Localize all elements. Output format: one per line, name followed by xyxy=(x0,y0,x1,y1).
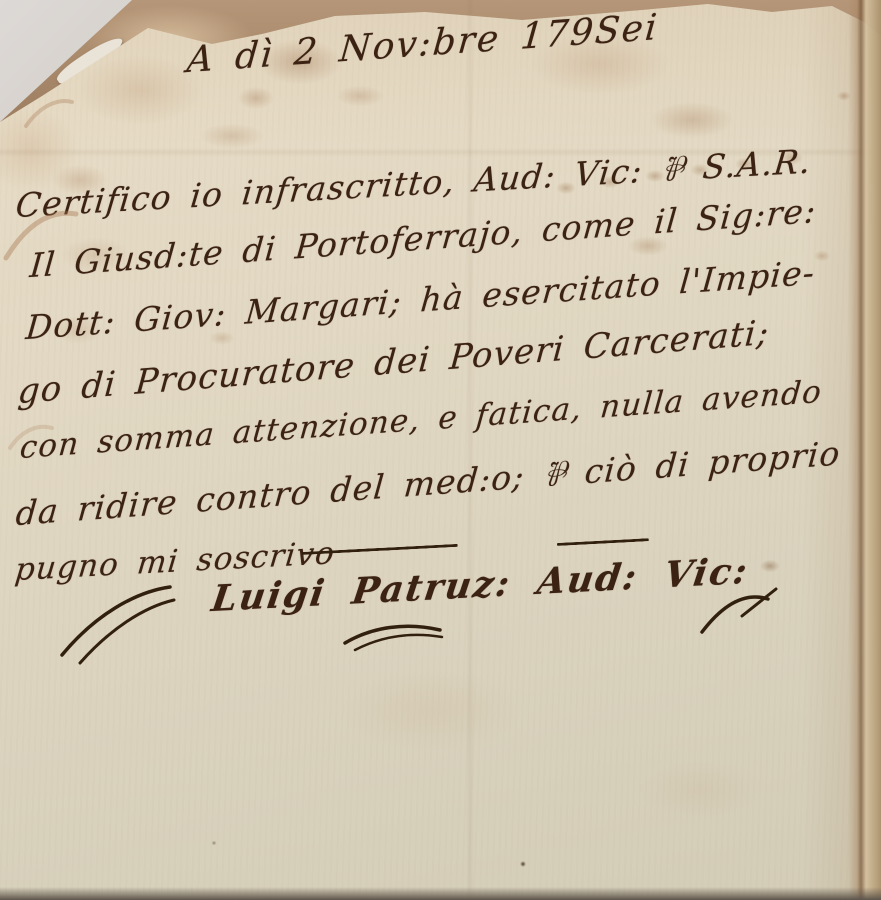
photo-bottom-edge xyxy=(0,887,881,900)
manuscript-photo: A dì 2 Nov:bre 179Sei Certifico io infra… xyxy=(0,0,881,900)
